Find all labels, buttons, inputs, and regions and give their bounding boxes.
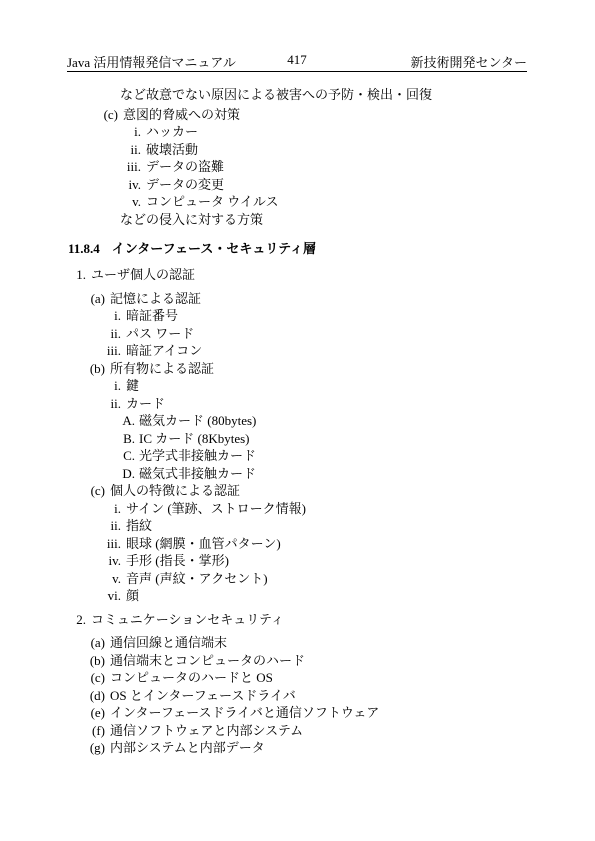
item-label: v.	[90, 570, 121, 588]
list-item-e: (e)インターフェースドライバと通信ソフトウェア	[0, 704, 595, 722]
list-item-roman: i.暗証番号	[0, 307, 595, 325]
item-text: 磁気式非接触カード	[139, 466, 256, 481]
item-text: 光学式非接触カード	[139, 448, 256, 463]
item-text: ユーザ個人の認証	[91, 267, 195, 282]
list-item-roman: v.音声 (声紋・アクセント)	[0, 570, 595, 588]
item-label: 2.	[70, 611, 86, 629]
item-text: 暗証アイコン	[126, 343, 202, 358]
list-item-roman: ii.破壊活動	[0, 141, 595, 159]
list-item-a: (a)記憶による認証	[0, 290, 595, 308]
item-text: 意図的脅威への対策	[123, 107, 240, 122]
list-item-alpha: B.IC カード (8Kbytes)	[0, 430, 595, 448]
item-label: (c)	[88, 482, 105, 500]
item-text: ハッカー	[146, 124, 198, 139]
item-text: 通信端末とコンピュータのハード	[110, 653, 305, 668]
item-label: iii.	[90, 342, 121, 360]
item-text: コンピュータのハードと OS	[110, 670, 273, 685]
item-text: 破壊活動	[146, 142, 198, 157]
item-text: 指紋	[126, 518, 152, 533]
list-item-roman: i.サイン (筆跡、ストローク情報)	[0, 500, 595, 518]
carryover-closing-text: などの侵入に対する方策	[0, 211, 595, 229]
item-label: ii.	[85, 141, 141, 159]
item-text: サイン (筆跡、ストローク情報)	[126, 501, 306, 516]
item-text: 記憶による認証	[110, 291, 201, 306]
list-item-a: (a)通信回線と通信端末	[0, 634, 595, 652]
list-item-c: (c)コンピュータのハードと OS	[0, 669, 595, 687]
list-item-roman: ii.指紋	[0, 517, 595, 535]
item-text: 内部システムと内部データ	[110, 740, 265, 755]
list-item-roman: i.ハッカー	[0, 123, 595, 141]
list-item-alpha: D.磁気式非接触カード	[0, 465, 595, 483]
item-text: コンピュータ ウイルス	[146, 194, 278, 209]
list-item-g: (g)内部システムと内部データ	[0, 739, 595, 757]
item-label: (b)	[88, 652, 105, 670]
list-item-1: 1.ユーザ個人の認証	[0, 266, 595, 284]
item-text: 暗証番号	[126, 308, 178, 323]
list-item-roman: iii.データの盗難	[0, 158, 595, 176]
item-text: カード	[126, 396, 165, 411]
header-rule	[67, 71, 527, 72]
item-text: パス ワード	[126, 326, 194, 341]
list-item-roman: iii.暗証アイコン	[0, 342, 595, 360]
item-label: ii.	[90, 517, 121, 535]
list-item-alpha: A.磁気カード (80bytes)	[0, 412, 595, 430]
item-text: インターフェースドライバと通信ソフトウェア	[110, 705, 379, 720]
item-label: v.	[85, 193, 141, 211]
item-label: (f)	[88, 722, 105, 740]
section-heading: 11.8.4インターフェース・セキュリティ層	[0, 238, 595, 260]
item-label: ii.	[90, 395, 121, 413]
carryover-continuation-text: など故意でない原因による被害への予防・検出・回復	[0, 86, 595, 104]
list-item-roman: iii.眼球 (網膜・血管パターン)	[0, 535, 595, 553]
item-label: i.	[90, 377, 121, 395]
list-item-alpha: C.光学式非接触カード	[0, 447, 595, 465]
list-item-roman: ii.カード	[0, 395, 595, 413]
item-text: 通信ソフトウェアと内部システム	[110, 723, 303, 738]
page-body: など故意でない原因による被害への予防・検出・回復 (c)意図的脅威への対策 i.…	[0, 86, 595, 757]
item-label: iii.	[90, 535, 121, 553]
item-label: iv.	[90, 552, 121, 570]
item-text: IC カード (8Kbytes)	[139, 431, 250, 446]
item-label: (a)	[88, 290, 105, 308]
item-label: (d)	[88, 687, 105, 705]
list-item-f: (f)通信ソフトウェアと内部システム	[0, 722, 595, 740]
list-item-roman: iv.データの変更	[0, 176, 595, 194]
item-label: D.	[120, 465, 135, 483]
item-text: データの変更	[146, 177, 224, 192]
item-text: 通信回線と通信端末	[110, 635, 227, 650]
list-item-roman: iv.手形 (指長・掌形)	[0, 552, 595, 570]
item-label: 1.	[70, 266, 86, 284]
item-text: 個人の特徴による認証	[110, 483, 240, 498]
page-header: Java 活用情報発信マニュアル 417 新技術開発センター	[67, 52, 527, 68]
item-label: (b)	[88, 360, 105, 378]
list-item-b: (b)所有物による認証	[0, 360, 595, 378]
item-text: 音声 (声紋・アクセント)	[126, 571, 268, 586]
item-text: データの盗難	[146, 159, 224, 174]
item-text: コミュニケーションセキュリティ	[91, 612, 284, 627]
item-text: 手形 (指長・掌形)	[126, 553, 229, 568]
list-item-roman: ii.パス ワード	[0, 325, 595, 343]
item-label: i.	[90, 500, 121, 518]
list-item-c-carryover: (c)意図的脅威への対策	[0, 106, 595, 124]
list-item-b: (b)通信端末とコンピュータのハード	[0, 652, 595, 670]
item-label: i.	[90, 307, 121, 325]
item-text: 顔	[126, 588, 139, 603]
item-label: (c)	[80, 106, 118, 124]
item-text: 鍵	[126, 378, 139, 393]
item-label: (c)	[88, 669, 105, 687]
item-label: vi.	[90, 587, 121, 605]
item-text: 所有物による認証	[110, 361, 214, 376]
list-item-2: 2.コミュニケーションセキュリティ	[0, 611, 595, 629]
header-right-title: 新技術開発センター	[411, 52, 527, 71]
list-item-c: (c)個人の特徴による認証	[0, 482, 595, 500]
item-text: 磁気カード (80bytes)	[139, 413, 256, 428]
item-label: (a)	[88, 634, 105, 652]
list-item-roman: i.鍵	[0, 377, 595, 395]
list-item-roman: v.コンピュータ ウイルス	[0, 193, 595, 211]
item-label: ii.	[90, 325, 121, 343]
item-text: OS とインターフェースドライバ	[110, 688, 296, 703]
item-label: i.	[85, 123, 141, 141]
section-number: 11.8.4	[68, 241, 100, 256]
item-label: iii.	[85, 158, 141, 176]
section-title: インターフェース・セキュリティ層	[112, 241, 316, 256]
item-label: (g)	[88, 739, 105, 757]
item-label: (e)	[88, 704, 105, 722]
list-item-roman: vi.顔	[0, 587, 595, 605]
list-item-d: (d)OS とインターフェースドライバ	[0, 687, 595, 705]
item-text: 眼球 (網膜・血管パターン)	[126, 536, 281, 551]
item-label: iv.	[85, 176, 141, 194]
document-page: Java 活用情報発信マニュアル 417 新技術開発センター など故意でない原因…	[0, 0, 595, 841]
item-label: B.	[120, 430, 135, 448]
item-label: C.	[120, 447, 135, 465]
item-label: A.	[120, 412, 135, 430]
